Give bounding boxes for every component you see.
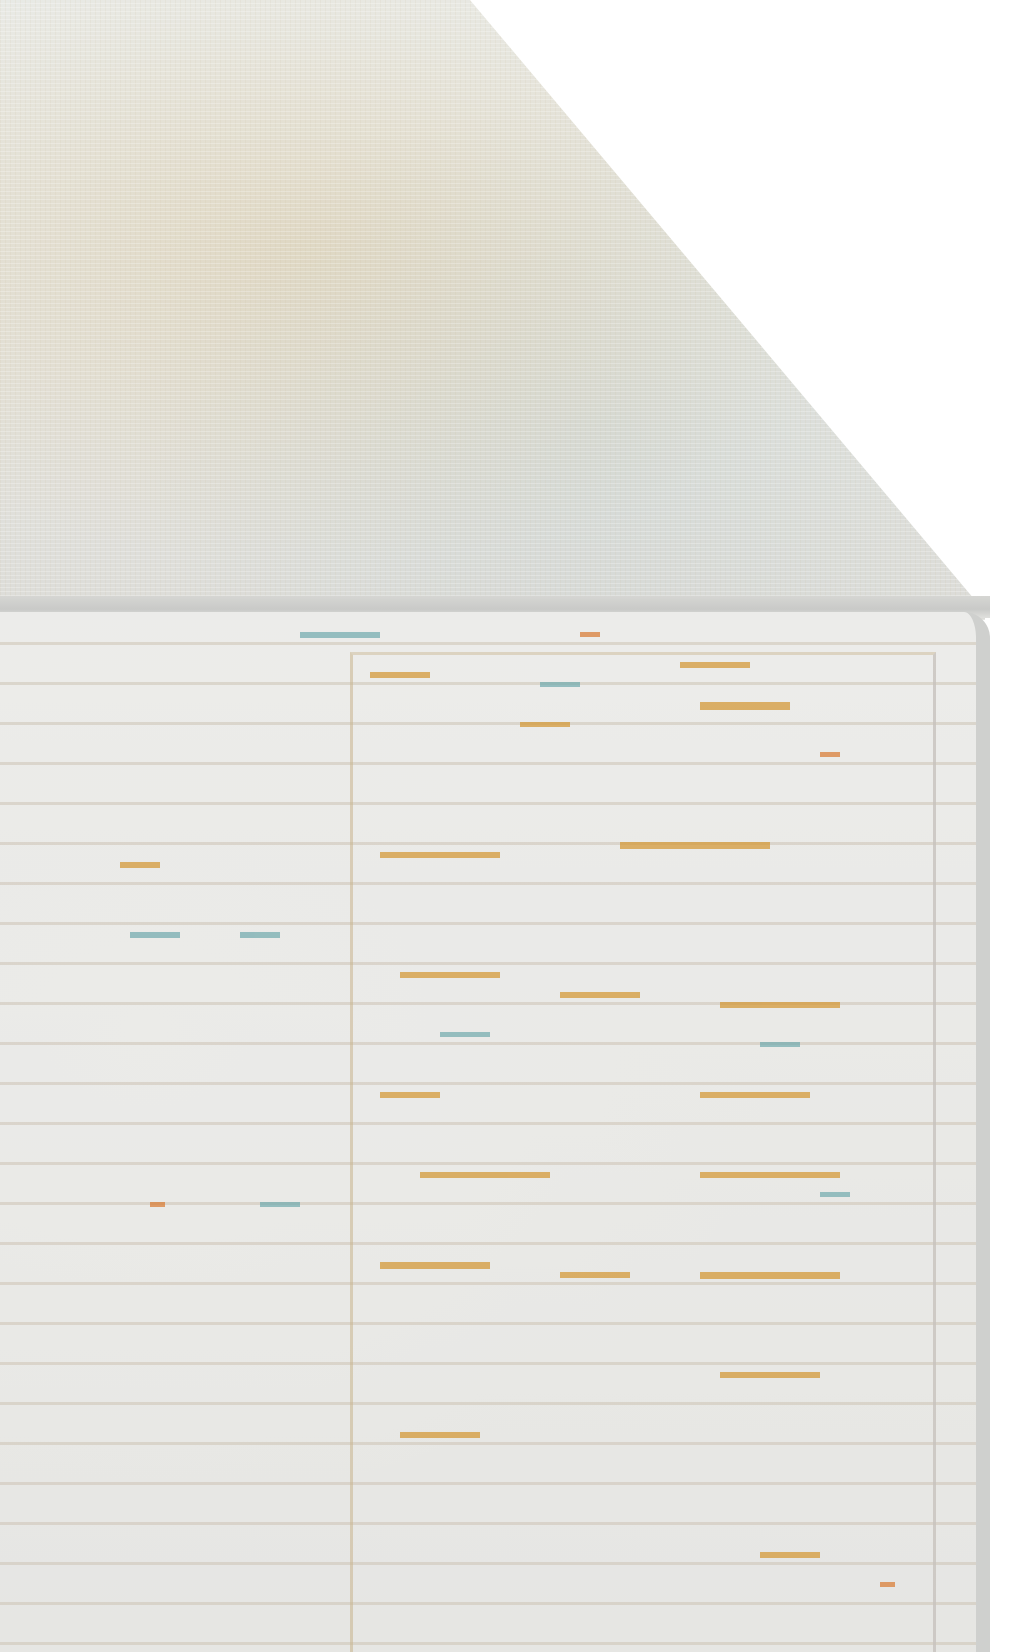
rug-color-speckles xyxy=(0,612,990,1652)
rug-underside-fold xyxy=(0,0,1000,620)
product-photo xyxy=(0,0,1024,1652)
underside-weave-texture xyxy=(0,0,1000,620)
